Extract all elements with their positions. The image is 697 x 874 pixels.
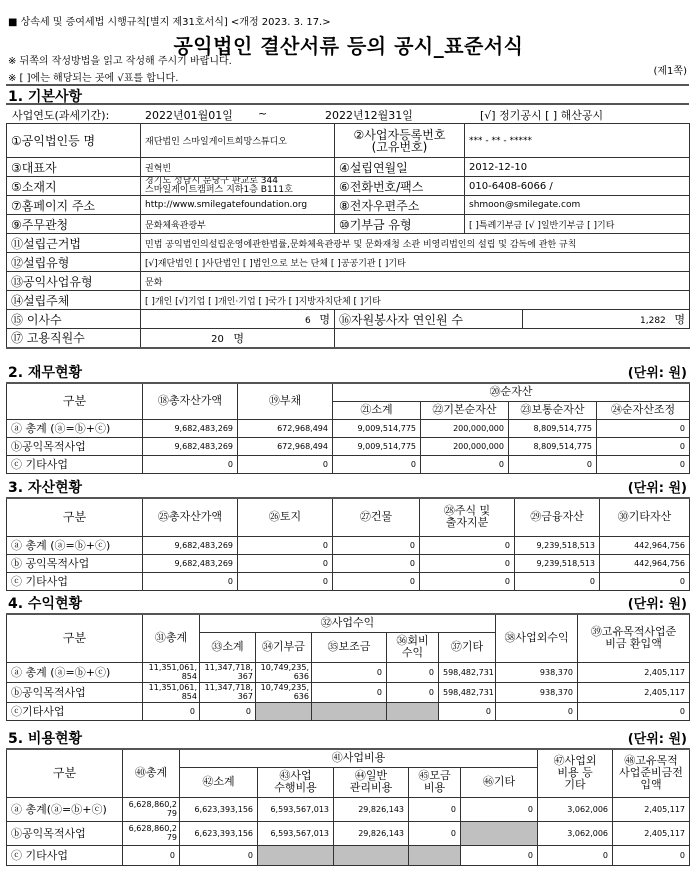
addr-value: 경기도 성남시 분당구 판교로 344스마일게이트캠퍼스 지하1층 B111호 (141, 177, 335, 196)
col-building: ㉗건물 (333, 498, 420, 536)
table-row: ⓑ공익목적사업 6,628,860,279 6,623,393,156 6,59… (7, 821, 690, 845)
volunteers-label: ⑯자원봉사자 연인원 수 (335, 310, 523, 329)
volunteers-value: 1,282 명 (523, 310, 690, 329)
employees-value: 20 명 (141, 329, 335, 348)
col-ordinary-net: ㉓보통순자산 (509, 401, 597, 419)
table-row: ⓐ 총계 (ⓐ=ⓑ+ⓒ) 11,351,061,854 11,347,718,3… (7, 662, 690, 682)
revenue-table: 구분 ㉛총계 ㉜사업수익 ㊳사업외수익 ㊴고유목적사업준비금 환입액 ㉝소계 ㉞… (6, 613, 690, 721)
bizno-label: ②사업자등록번호(고유번호) (335, 124, 465, 158)
col-subtotal: ㊷소계 (180, 767, 258, 797)
donation-value: [ ]특례기부금 [√ ]일반기부금 [ ]기타 (465, 215, 690, 234)
table-row: ⓑ공익목적사업 11,351,061,854 11,347,718,367 10… (7, 682, 690, 702)
col-subtotal: ㉝소계 (200, 632, 256, 662)
col-category: 구분 (7, 498, 143, 536)
disabled-cell (258, 845, 334, 865)
directors-value: 6 명 (141, 310, 335, 329)
instruction-note: ※ 뒤쪽의 작성방법을 읽고 작성해 주시기 바랍니다. (8, 52, 232, 67)
col-reserve-reversal: ㊴고유목적사업준비금 환입액 (578, 614, 690, 662)
col-nonbiz-revenue: ㊳사업외수익 (496, 614, 578, 662)
page-number: (제1쪽) (654, 62, 688, 77)
col-category: 구분 (7, 614, 143, 662)
law-reference: ■ 상속세 및 증여세법 시행규칙[별지 제31호서식] <개정 2023. 3… (8, 13, 331, 28)
rep-label: ③대표자 (7, 158, 141, 177)
table-row: ⓑ 공익목적사업 9,682,483,269 0 0 0 9,239,518,5… (7, 554, 690, 572)
esttype-label: ⑫설립유형 (7, 253, 141, 272)
disabled-cell (409, 845, 461, 865)
col-net-adjust: ㉔순자산조정 (597, 401, 690, 419)
name-value: 재단법인 스마일게이트희망스튜디오 (141, 124, 335, 158)
divider (6, 103, 689, 105)
section-title-assets: 3. 자산현황 (8, 477, 82, 497)
disclosure-type: [√] 정기공시 [ ] 해산공시 (480, 107, 603, 123)
estdate-label: ④설립연월일 (335, 158, 465, 177)
table-row: ⓒ 기타사업 0 0 0 0 0 0 (7, 455, 690, 473)
period-start: 2022년01월01일 (145, 107, 233, 123)
col-admin-cost: ㊹일반관리비용 (334, 767, 409, 797)
rep-value: 권혁빈 (141, 158, 335, 177)
name-label: ①공익법인등 명 (7, 124, 141, 158)
section-title-revenue: 4. 수익현황 (8, 593, 82, 613)
law-value: 민법 공익법인의설립운영에관한법률,문화체육관광부 및 문화재청 소관 비영리법… (141, 234, 690, 253)
employees-label: ⑰ 고용직원수 (7, 329, 141, 348)
period-label: 사업연도(과세기간): (12, 107, 109, 123)
col-subtotal: ㉑소계 (333, 401, 421, 419)
col-stocks: ㉘주식 및출자지분 (420, 498, 515, 536)
founder-label: ⑭설립주체 (7, 291, 141, 310)
col-liabilities: ⑲부채 (238, 383, 333, 419)
col-total-assets: ⑱총자산가액 (143, 383, 238, 419)
col-fees: ㊱회비수익 (387, 632, 439, 662)
financial-table: 구분 ⑱총자산가액 ⑲부채 ⑳순자산 ㉑소계 ㉒기본순자산 ㉓보통순자산 ㉔순자… (6, 382, 690, 474)
table-row: ⓑ공익목적사업 9,682,483,269 672,968,494 9,009,… (7, 437, 690, 455)
donation-label: ⑩기부금 유형 (335, 215, 465, 234)
table-row: ⓒ기타사업 0 0 0 0 0 (7, 702, 690, 720)
col-donation: ㉞기부금 (256, 632, 312, 662)
disabled-cell (461, 821, 538, 845)
table-row: ⓒ 기타사업 0 0 0 0 0 (7, 845, 690, 865)
disabled-cell (387, 702, 439, 720)
section-title-financial: 2. 재무현황 (8, 362, 82, 382)
divider (6, 84, 689, 86)
biztype-label: ⑬공익사업유형 (7, 272, 141, 291)
col-total: ㉛총계 (143, 614, 200, 662)
col-reserve-transfer: ㊽고유목적사업준비금전입액 (613, 749, 690, 797)
col-exec-cost: ㊸사업수행비용 (258, 767, 334, 797)
homepage-value: http://www.smilegatefoundation.org (141, 196, 335, 215)
empty-cell (335, 329, 690, 348)
phone-value: 010-6408-6066 / (465, 177, 690, 196)
homepage-label: ⑦홈페이지 주소 (7, 196, 141, 215)
col-biz-cost: ㊶사업비용 (180, 749, 538, 767)
col-other: ㊲기타 (439, 632, 496, 662)
law-label: ⑪설립근거법 (7, 234, 141, 253)
table-row: ⓐ 총계(ⓐ=ⓑ+ⓒ) 6,628,860,279 6,623,393,156 … (7, 797, 690, 821)
col-category: 구분 (7, 383, 143, 419)
unit-label: (단위: 원) (628, 593, 687, 612)
agency-value: 문화체육관광부 (141, 215, 335, 234)
disabled-cell (256, 702, 312, 720)
period-end: 2022년12월31일 (325, 107, 413, 123)
agency-label: ⑨주무관청 (7, 215, 141, 234)
biztype-value: 문화 (141, 272, 690, 291)
email-label: ⑧전자우편주소 (335, 196, 465, 215)
col-net-assets: ⑳순자산 (333, 383, 690, 401)
phone-label: ⑥전화번호/팩스 (335, 177, 465, 196)
estdate-value: 2012-12-10 (465, 158, 690, 177)
unit-label: (단위: 원) (628, 477, 687, 496)
col-basic-net: ㉒기본순자산 (421, 401, 509, 419)
bizno-value: *** - ** - ***** (465, 124, 690, 158)
unit-label: (단위: 원) (628, 362, 687, 381)
esttype-value: [√]재단법인 [ ]사단법인 [ ]법인으로 보는 단체 [ ]공공기관 [ … (141, 253, 690, 272)
checkbox-note: ※ [ ]에는 해당되는 곳에 √표를 합니다. (8, 69, 178, 84)
col-fundraising-cost: ㊺모금비용 (409, 767, 461, 797)
table-row: ⓒ 기타사업 0 0 0 0 0 0 (7, 572, 690, 590)
unit-label: (단위: 원) (628, 728, 687, 747)
directors-label: ⑮ 이사수 (7, 310, 141, 329)
col-other: ㉚기타자산 (600, 498, 690, 536)
col-subsidy: ㉟보조금 (312, 632, 387, 662)
disabled-cell (312, 702, 387, 720)
section-title-expense: 5. 비용현황 (8, 728, 82, 748)
col-biz-revenue: ㉜사업수익 (200, 614, 496, 632)
col-total: ㊵총계 (123, 749, 180, 797)
table-row: ⓐ 총계 (ⓐ=ⓑ+ⓒ) 9,682,483,269 0 0 0 9,239,5… (7, 536, 690, 554)
expense-table: 구분 ㊵총계 ㊶사업비용 ㊼사업외비용 등기타 ㊽고유목적사업준비금전입액 ㊷소… (6, 748, 690, 866)
col-financial: ㉙금융자산 (515, 498, 600, 536)
col-other: ㊻기타 (461, 767, 538, 797)
col-land: ㉖토지 (238, 498, 333, 536)
col-total-assets: ㉕총자산가액 (143, 498, 238, 536)
period-separator: ~ (258, 107, 267, 120)
basic-info-table: ①공익법인등 명 재단법인 스마일게이트희망스튜디오 ②사업자등록번호(고유번호… (6, 123, 690, 349)
assets-table: 구분 ㉕총자산가액 ㉖토지 ㉗건물 ㉘주식 및출자지분 ㉙금융자산 ㉚기타자산 … (6, 497, 690, 591)
col-nonbiz-cost: ㊼사업외비용 등기타 (538, 749, 613, 797)
disabled-cell (334, 845, 409, 865)
founder-value: [ ]개인 [√]기업 [ ]개인·기업 [ ]국가 [ ]지방자치단체 [ ]… (141, 291, 690, 310)
addr-label: ⑤소재지 (7, 177, 141, 196)
email-value: shmoon@smilegate.com (465, 196, 690, 215)
table-row: ⓐ 총계 (ⓐ=ⓑ+ⓒ) 9,682,483,269 672,968,494 9… (7, 419, 690, 437)
col-category: 구분 (7, 749, 123, 797)
